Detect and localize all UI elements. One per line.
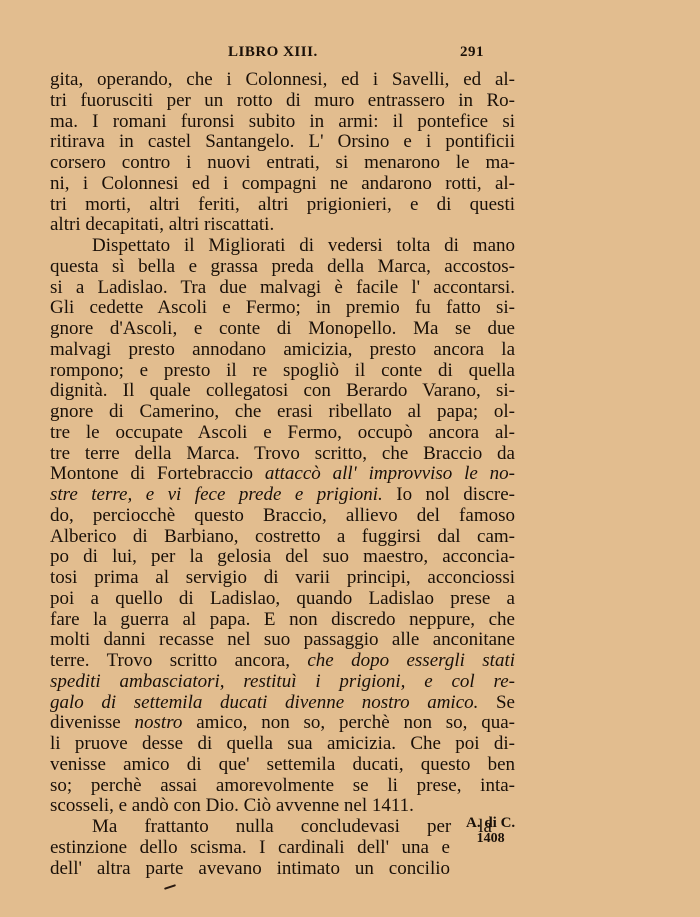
text-run: so; perchè assai amorevolmente se li pre… xyxy=(50,775,515,796)
italic-quote: stre terre, e vi fece prede e prigioni. xyxy=(50,484,383,505)
text-line: corsero contro i nuovi entrati, si menar… xyxy=(50,153,515,174)
stray-ink-mark xyxy=(164,884,176,890)
text-line: galo di settemila ducati divenne nostro … xyxy=(50,693,515,714)
text-run: si a Ladislao. Tra due malvagi è facile … xyxy=(50,277,515,298)
text-line: li pruove desse di quella sua amicizia. … xyxy=(50,734,515,755)
text-line: dell' altra parte avevano intimato un co… xyxy=(50,859,450,880)
text-run: divenisse xyxy=(50,712,135,733)
text-line: scosseli, e andò con Dio. Ciò avvenne ne… xyxy=(50,796,515,817)
text-run: Montone di Fortebraccio xyxy=(50,463,265,484)
running-title: LIBRO XIII. xyxy=(228,44,318,61)
text-run: tri fuorusciti per un rotto di muro entr… xyxy=(50,90,515,111)
text-line: Alberico di Barbiano, costretto a fuggir… xyxy=(50,527,515,548)
text-run: po di lui, per la gelosia del suo maestr… xyxy=(50,546,515,567)
text-run: corsero contro i nuovi entrati, si menar… xyxy=(50,152,515,173)
text-run: tre le occupate Ascoli e Fermo, occupò a… xyxy=(50,422,515,443)
italic-quote: galo di settemila ducati divenne nostro … xyxy=(50,692,478,713)
text-run: tosi prima al servigio di varii principi… xyxy=(50,567,515,588)
text-line: ritirava in castel Santangelo. L' Orsino… xyxy=(50,132,515,153)
text-line: Montone di Fortebraccio attaccò all' imp… xyxy=(50,464,515,485)
italic-quote: spediti ambasciatori, restituì i prigion… xyxy=(50,671,515,692)
text-line: ma. I romani furonsi subito in armi: il … xyxy=(50,112,515,133)
text-line: altri decapitati, altri riscattati. xyxy=(50,215,515,236)
page-number: 291 xyxy=(460,44,484,61)
text-line: gnore di Camerino, che erasi ribellato a… xyxy=(50,402,515,423)
text-run: fare la guerra al papa. E non discredo n… xyxy=(50,609,515,630)
text-run: tri morti, altri feriti, altri prigionie… xyxy=(50,194,515,215)
text-run: gita, operando, che i Colonnesi, ed i Sa… xyxy=(50,69,515,90)
text-run: do, perciocchè questo Braccio, allievo d… xyxy=(50,505,515,526)
italic-quote: attaccò all' improvviso le no- xyxy=(265,463,515,484)
margin-note-year: 1408 xyxy=(466,831,515,846)
text-line: stre terre, e vi fece prede e prigioni. … xyxy=(50,485,515,506)
text-line: tri morti, altri feriti, altri prigionie… xyxy=(50,195,515,216)
text-run: ni, i Colonnesi ed i compagni ne andaron… xyxy=(50,173,515,194)
text-run: terre. Trovo scritto ancora, xyxy=(50,650,307,671)
italic-quote: che dopo essergli stati xyxy=(307,650,515,671)
text-line: Gli cedette Ascoli e Fermo; in premio fu… xyxy=(50,298,515,319)
text-line: Dispettato il Migliorati di vedersi tolt… xyxy=(50,236,515,257)
text-line: gita, operando, che i Colonnesi, ed i Sa… xyxy=(50,70,515,91)
text-line: so; perchè assai amorevolmente se li pre… xyxy=(50,776,515,797)
text-run: ma. I romani furonsi subito in armi: il … xyxy=(50,111,515,132)
text-run: gnore di Camerino, che erasi ribellato a… xyxy=(50,401,515,422)
text-run: estinzione dello scisma. I cardinali del… xyxy=(50,837,450,858)
text-line: si a Ladislao. Tra due malvagi è facile … xyxy=(50,278,515,299)
italic-quote: nostro xyxy=(135,712,183,733)
text-run: Se xyxy=(478,692,515,713)
text-run: venisse amico di que' settemila ducati, … xyxy=(50,754,515,775)
text-line: po di lui, per la gelosia del suo maestr… xyxy=(50,547,515,568)
text-line: divenisse nostro amico, non so, perchè n… xyxy=(50,713,515,734)
text-run: questa sì bella e grassa preda della Mar… xyxy=(50,256,515,277)
text-run: li pruove desse di quella sua amicizia. … xyxy=(50,733,515,754)
text-run: dignità. Il quale collegatosi con Berard… xyxy=(50,380,515,401)
text-line: gnore d'Ascoli, e conte di Monopello. Ma… xyxy=(50,319,515,340)
text-run: gnore d'Ascoli, e conte di Monopello. Ma… xyxy=(50,318,515,339)
text-line: spediti ambasciatori, restituì i prigion… xyxy=(50,672,515,693)
text-line: tre le occupate Ascoli e Fermo, occupò a… xyxy=(50,423,515,444)
text-run: scosseli, e andò con Dio. Ciò avvenne ne… xyxy=(50,795,414,816)
text-line: do, perciocchè questo Braccio, allievo d… xyxy=(50,506,515,527)
text-line: questa sì bella e grassa preda della Mar… xyxy=(50,257,515,278)
text-run: poi a quello di Ladislao, quando Ladisla… xyxy=(50,588,515,609)
text-line: estinzione dello scisma. I cardinali del… xyxy=(50,838,450,859)
margin-note-date: A. di C. 1408 xyxy=(466,816,515,846)
text-run: molti danni recasse nel suo passaggio al… xyxy=(50,629,515,650)
running-header: LIBRO XIII. 291 xyxy=(0,44,700,64)
text-run: altri decapitati, altri riscattati. xyxy=(50,214,274,235)
text-run: rompono; e presto il re spogliò il conte… xyxy=(50,360,515,381)
text-line: malvagi presto annodano amicizia, presto… xyxy=(50,340,515,361)
text-line: molti danni recasse nel suo passaggio al… xyxy=(50,630,515,651)
text-line: ni, i Colonnesi ed i compagni ne andaron… xyxy=(50,174,515,195)
text-run: Dispettato il Migliorati di vedersi tolt… xyxy=(92,235,515,256)
text-line: tosi prima al servigio di varii principi… xyxy=(50,568,515,589)
text-run: Gli cedette Ascoli e Fermo; in premio fu… xyxy=(50,297,515,318)
text-run: malvagi presto annodano amicizia, presto… xyxy=(50,339,515,360)
text-line: tre terre della Marca. Trovo scritto, ch… xyxy=(50,444,515,465)
text-line: tri fuorusciti per un rotto di muro entr… xyxy=(50,91,515,112)
margin-note-label: A. di C. xyxy=(466,815,515,831)
text-run: amico, non so, perchè non so, qua- xyxy=(182,712,515,733)
text-run: tre terre della Marca. Trovo scritto, ch… xyxy=(50,443,515,464)
text-line: venisse amico di que' settemila ducati, … xyxy=(50,755,515,776)
text-line: fare la guerra al papa. E non discredo n… xyxy=(50,610,515,631)
text-line: Ma frattanto nulla concludevasi per la xyxy=(50,817,492,838)
text-line: poi a quello di Ladislao, quando Ladisla… xyxy=(50,589,515,610)
text-run: Io nol discre- xyxy=(383,484,515,505)
text-run: dell' altra parte avevano intimato un co… xyxy=(50,858,450,879)
text-line: dignità. Il quale collegatosi con Berard… xyxy=(50,381,515,402)
text-line: rompono; e presto il re spogliò il conte… xyxy=(50,361,515,382)
text-run: ritirava in castel Santangelo. L' Orsino… xyxy=(50,131,515,152)
text-run: Alberico di Barbiano, costretto a fuggir… xyxy=(50,526,515,547)
page-body: gita, operando, che i Colonnesi, ed i Sa… xyxy=(50,70,515,879)
text-run: Ma frattanto nulla concludevasi per la xyxy=(92,816,492,837)
text-line: terre. Trovo scritto ancora, che dopo es… xyxy=(50,651,515,672)
